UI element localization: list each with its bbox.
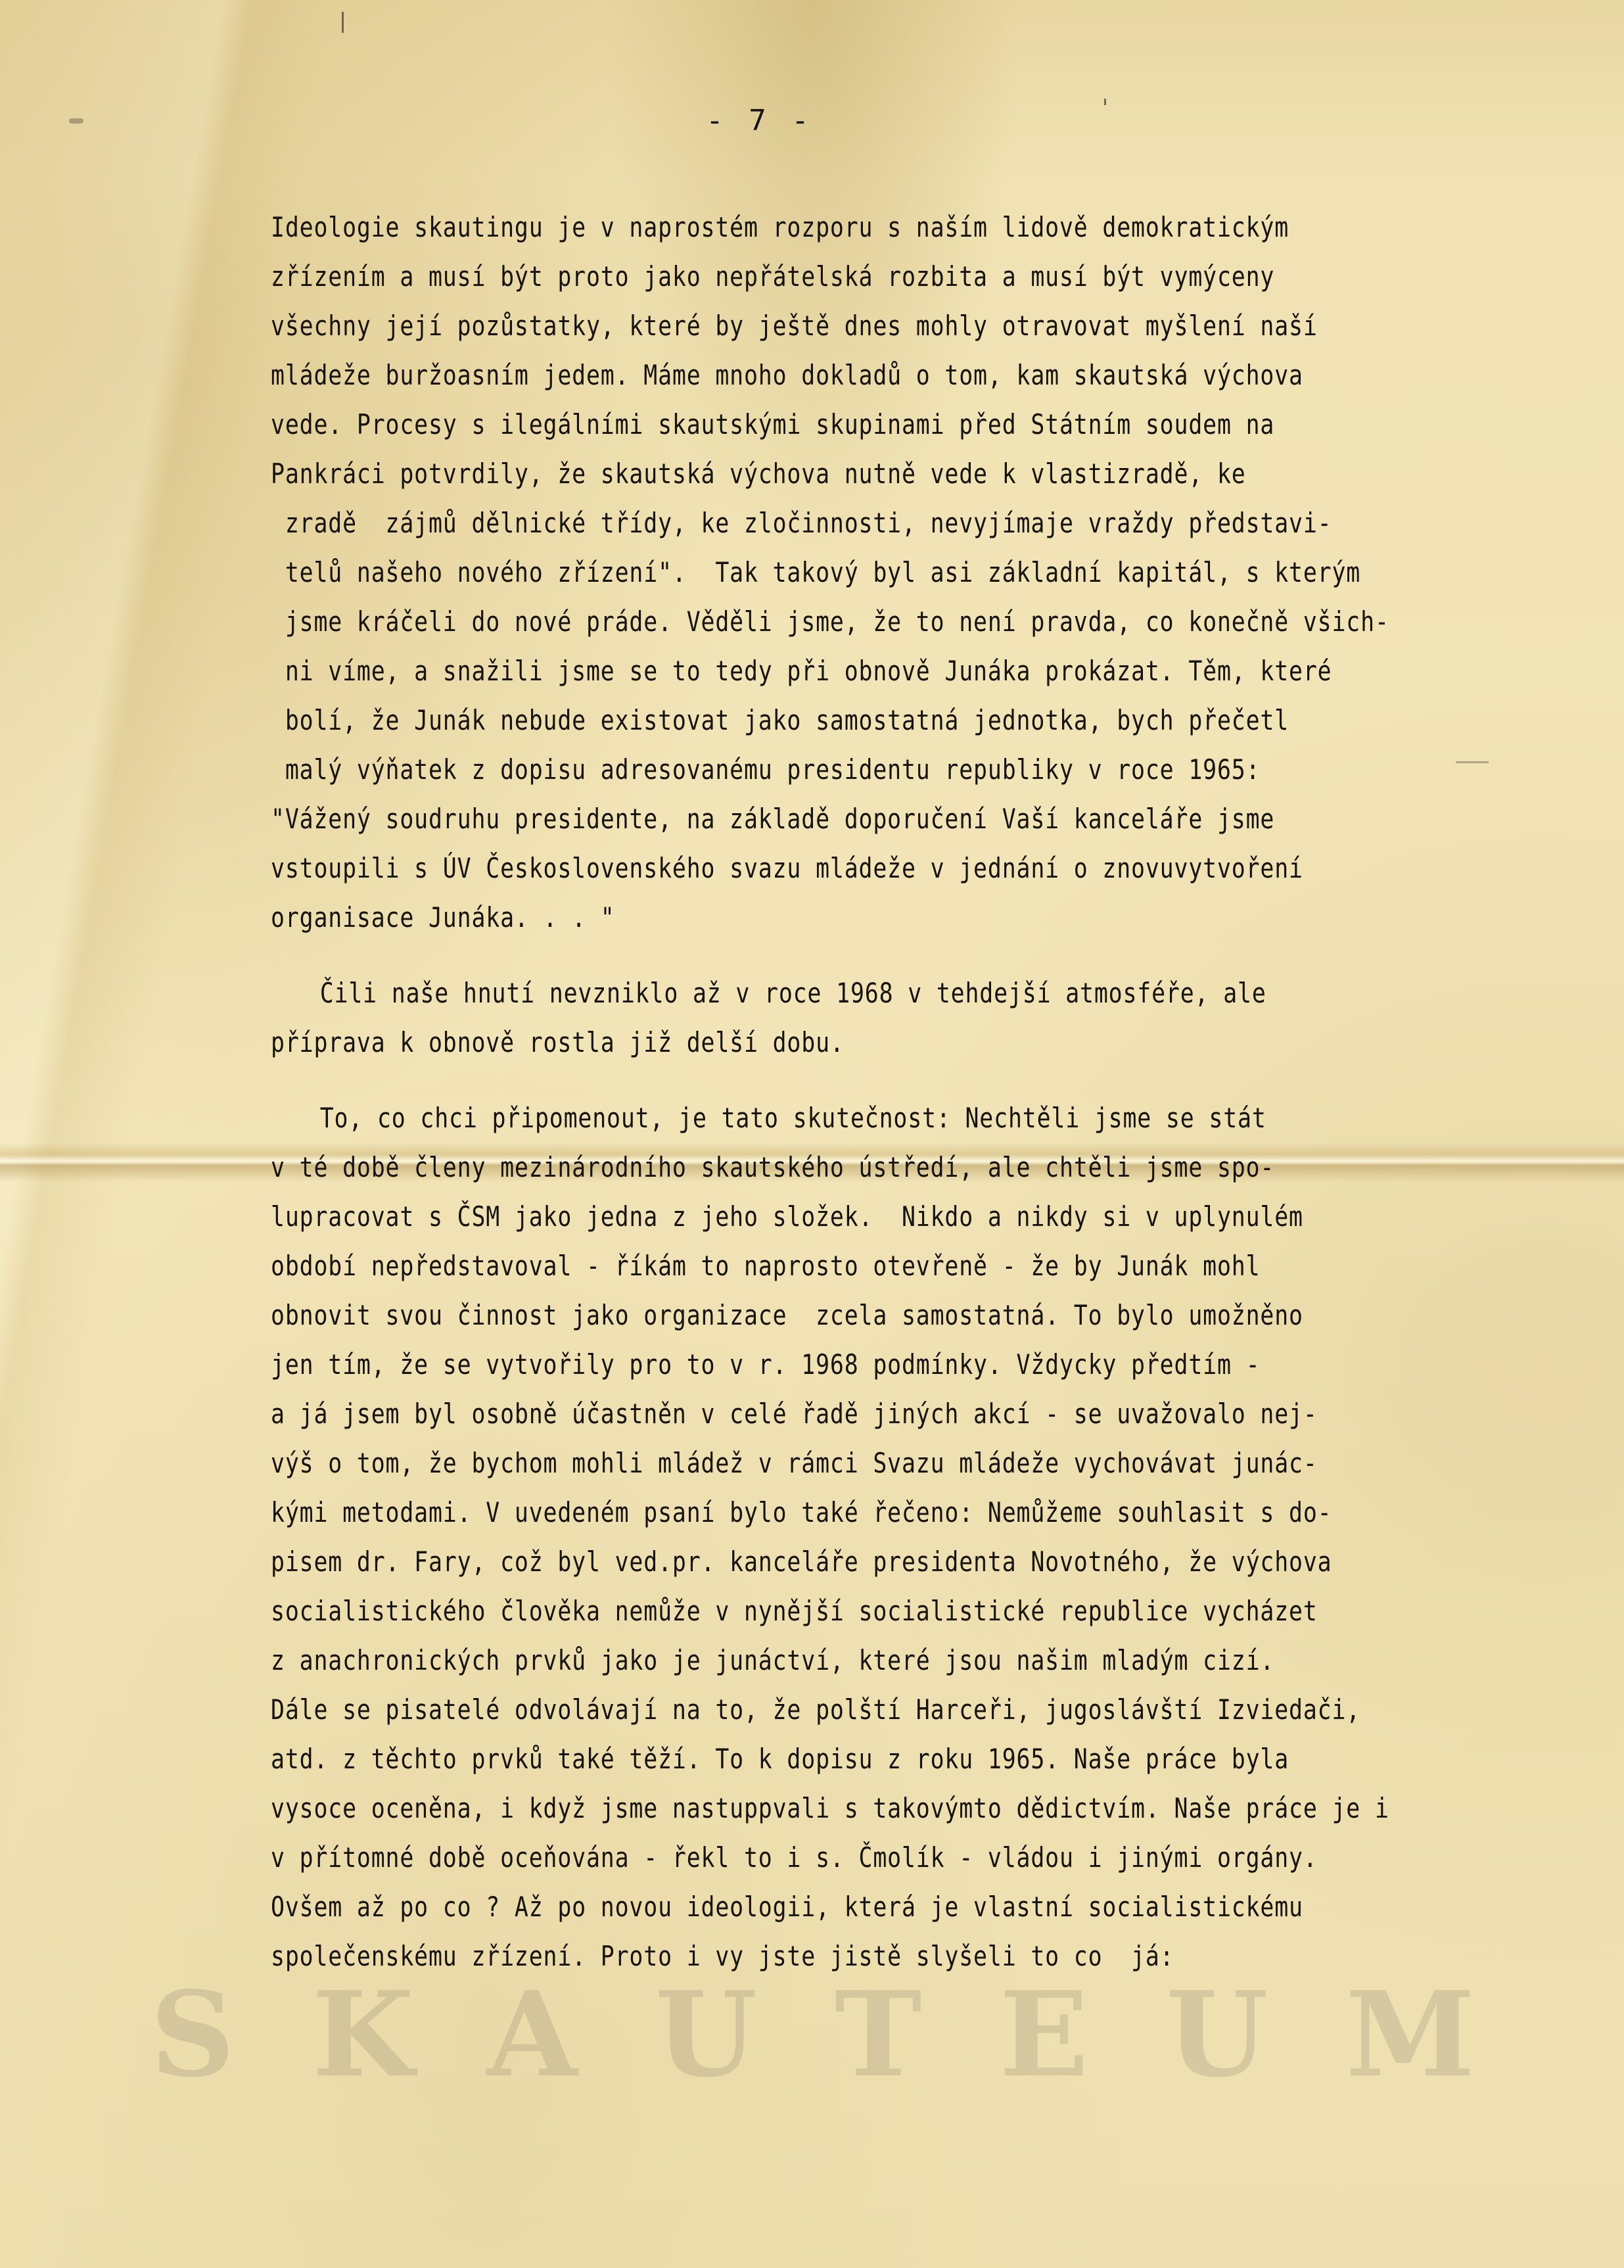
typewritten-text-body: Ideologie skautingu je v naprostém rozpo… <box>271 209 1520 1987</box>
text-line: všechny její pozůstatky, které by ještě … <box>271 308 1307 357</box>
text-line: bolí, že Junák nebude existovat jako sam… <box>271 702 1307 751</box>
text-line: organisace Junáka. . . " <box>271 899 1307 949</box>
text-line: Pankráci potvrdily, že skautská výchova … <box>271 456 1307 505</box>
paragraph: Ideologie skautingu je v naprostém rozpo… <box>271 209 1520 949</box>
text-line: atd. z těchto prvků také těží. To k dopi… <box>271 1741 1307 1790</box>
text-line: kými metodami. V uvedeném psaní bylo tak… <box>271 1494 1307 1544</box>
text-line: zřízením a musí být proto jako nepřátels… <box>271 258 1307 308</box>
text-line: výš o tom, že bychom mohli mládež v rámc… <box>271 1445 1307 1494</box>
paper-speck <box>69 118 83 124</box>
text-line: v té době členy mezinárodního skautského… <box>271 1149 1307 1198</box>
text-line: Dále se pisatelé odvolávají na to, že po… <box>271 1691 1307 1741</box>
text-line: vstoupili s ÚV Československého svazu ml… <box>271 850 1307 899</box>
paper-speck <box>1104 99 1106 105</box>
text-line: období nepředstavoval - říkám to naprost… <box>271 1248 1307 1297</box>
text-line: zradě zájmů dělnické třídy, ke zločinnos… <box>271 505 1307 554</box>
watermark: SKAUTEUM <box>0 1966 1624 2103</box>
page-number: - 7 - <box>0 104 1571 137</box>
text-line: a já jsem byl osobně účastněn v celé řad… <box>271 1396 1307 1445</box>
paper-speck <box>1456 761 1489 763</box>
paper-speck <box>342 12 344 33</box>
text-line: To, co chci připomenout, je tato skutečn… <box>271 1100 1307 1149</box>
text-line: "Vážený soudruhu presidente, na základě … <box>271 801 1307 850</box>
text-line: ni víme, a snažili jsme se to tedy při o… <box>271 653 1307 702</box>
text-line: vysoce oceněna, i když jsme nastuppvali … <box>271 1790 1307 1839</box>
text-line: Ideologie skautingu je v naprostém rozpo… <box>271 209 1307 258</box>
text-line: Ovšem až po co ? Až po novou ideologii, … <box>271 1889 1307 1938</box>
text-line: z anachronických prvků jako je junáctví,… <box>271 1642 1307 1691</box>
paragraph: To, co chci připomenout, je tato skutečn… <box>271 1100 1520 1987</box>
text-line: vede. Procesy s ilegálními skautskými sk… <box>271 406 1307 456</box>
text-line: socialistického člověka nemůže v nynější… <box>271 1593 1307 1642</box>
text-line: mládeže buržoasním jedem. Máme mnoho dok… <box>271 357 1307 406</box>
text-line: příprava k obnově rostla již delší dobu. <box>271 1024 1307 1074</box>
text-line: telů našeho nového zřízení". Tak takový … <box>271 554 1307 603</box>
text-line: jsme kráčeli do nové práde. Věděli jsme,… <box>271 603 1307 653</box>
text-line: Čili naše hnutí nevzniklo až v roce 1968… <box>271 975 1307 1024</box>
text-line: pisem dr. Fary, což byl ved.pr. kancelář… <box>271 1544 1307 1593</box>
text-line: jen tím, že se vytvořily pro to v r. 196… <box>271 1346 1307 1396</box>
text-line: malý výňatek z dopisu adresovanému presi… <box>271 751 1307 801</box>
paragraph: Čili naše hnutí nevzniklo až v roce 1968… <box>271 975 1520 1074</box>
text-line: v přítomné době oceňována - řekl to i s.… <box>271 1839 1307 1889</box>
text-line: obnovit svou činnost jako organizace zce… <box>271 1297 1307 1346</box>
text-line: lupracovat s ČSM jako jedna z jeho slože… <box>271 1198 1307 1248</box>
